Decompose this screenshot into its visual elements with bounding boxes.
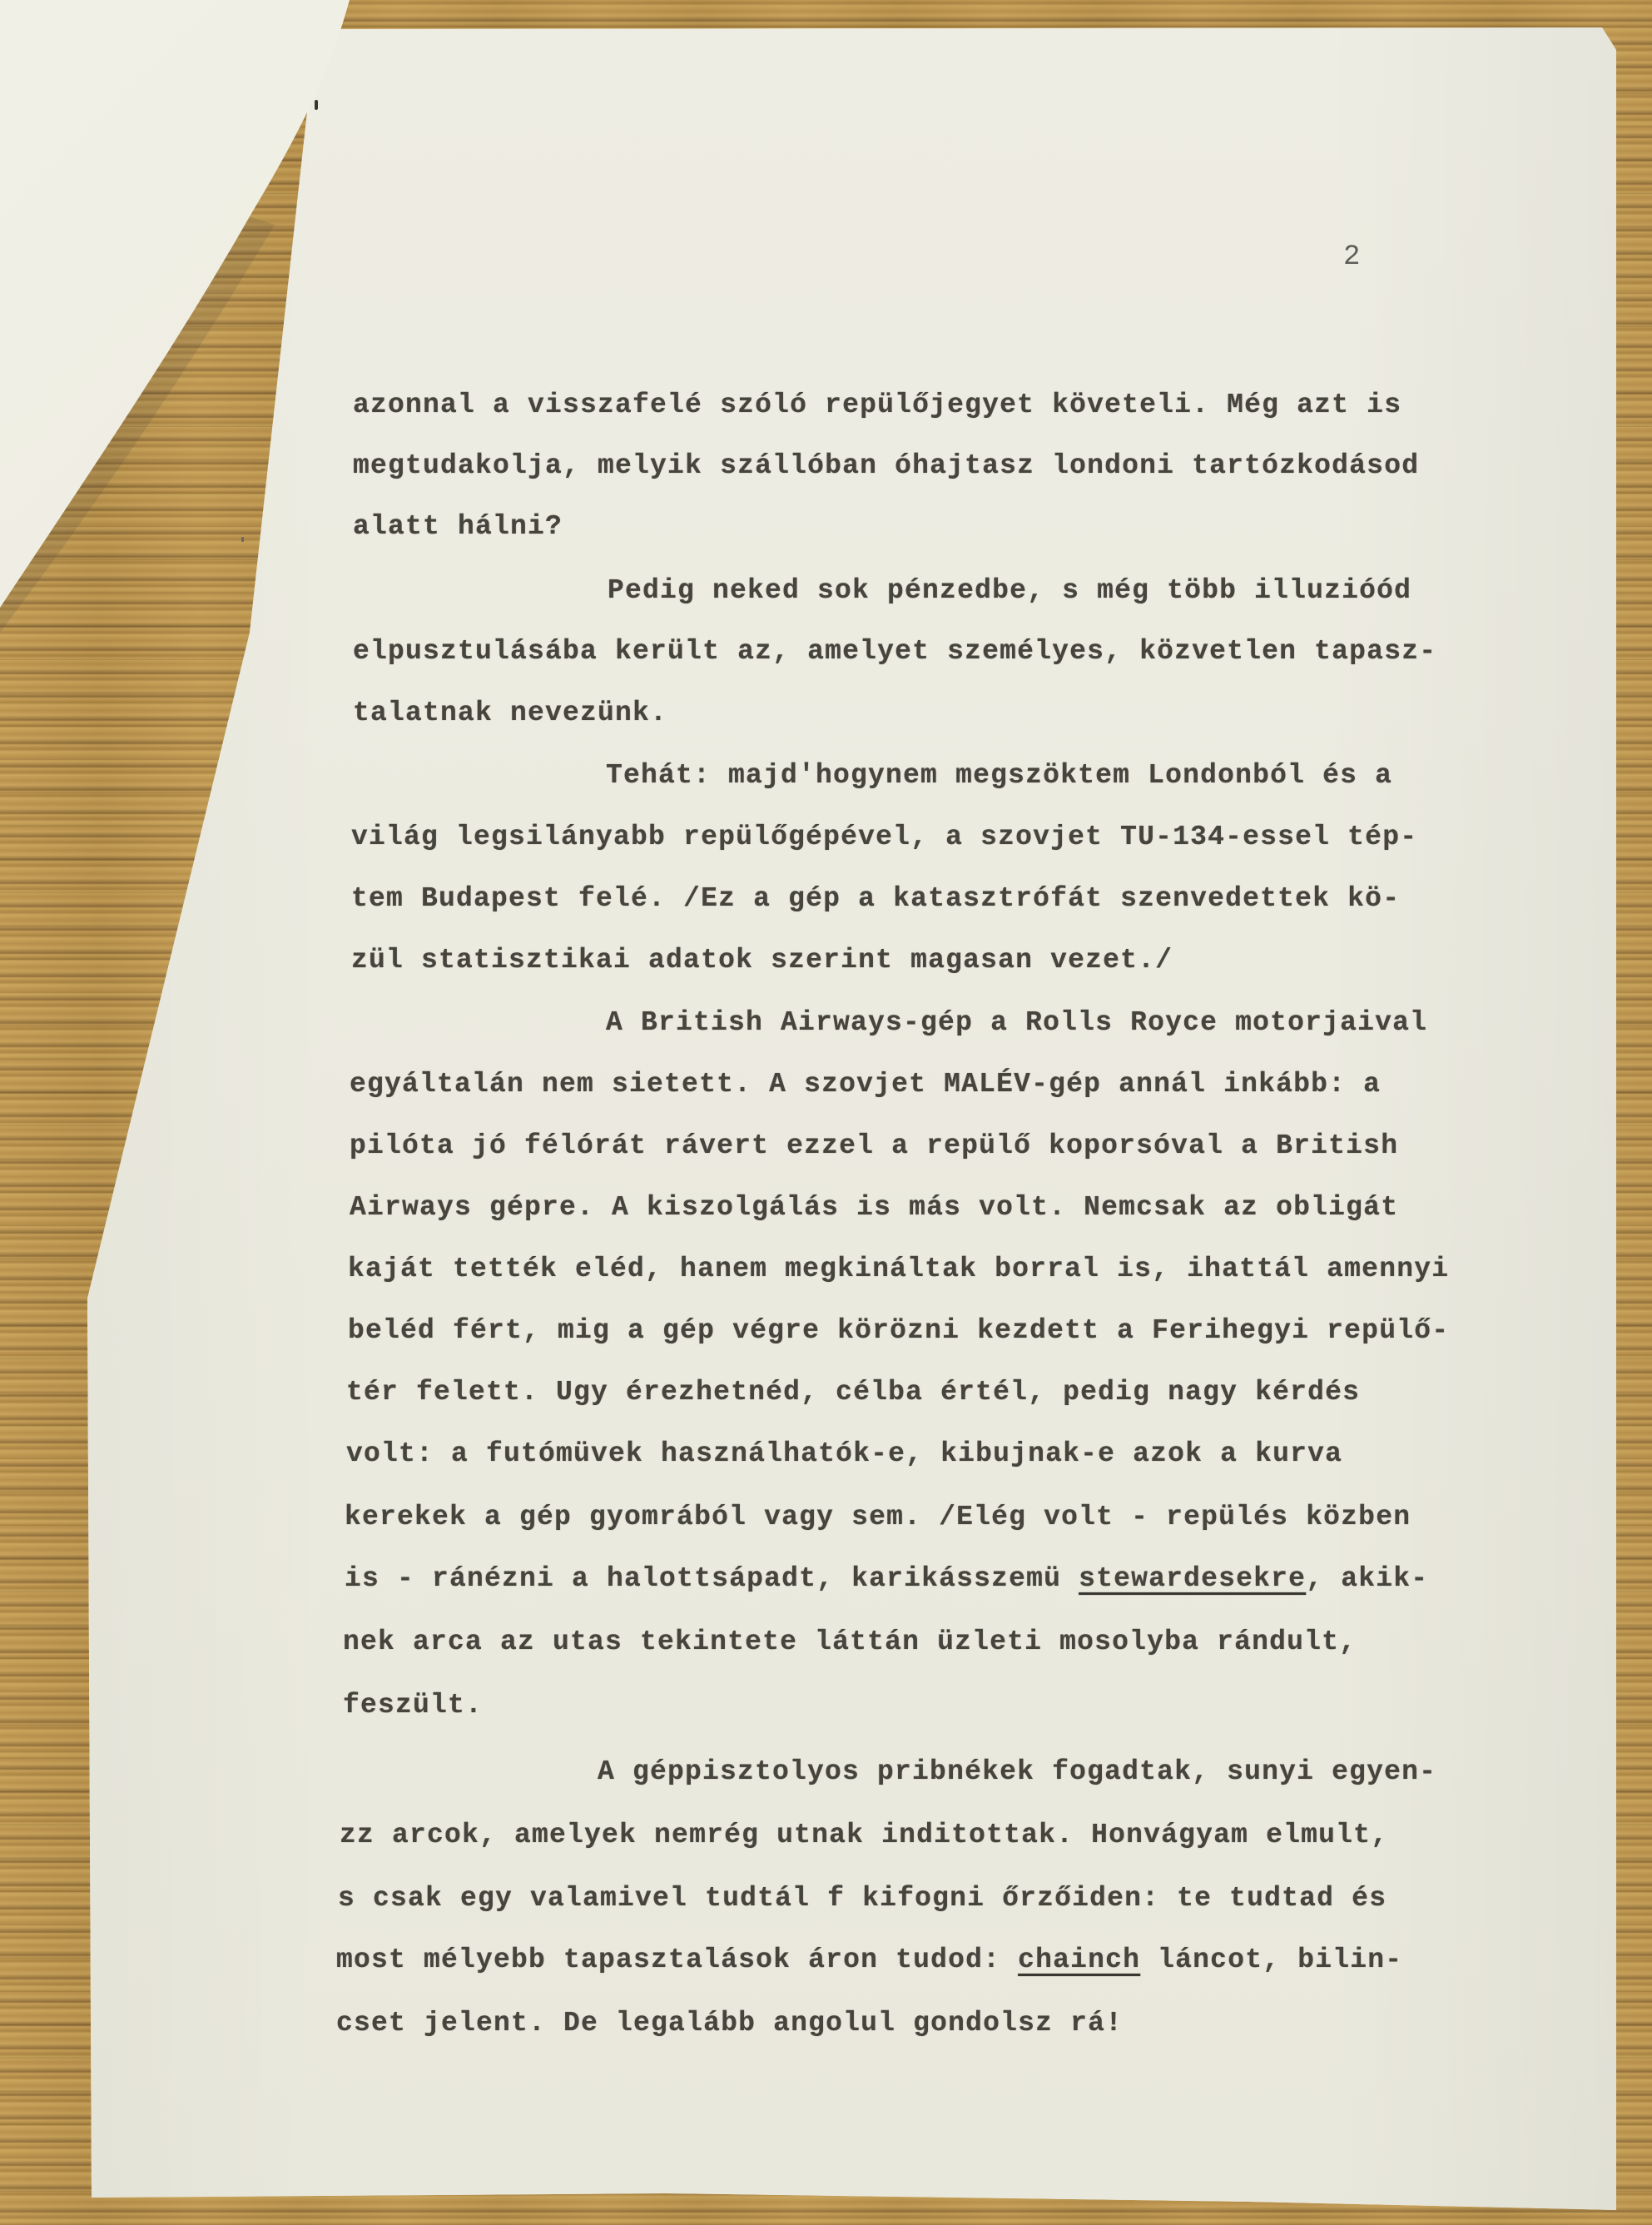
text-line: A British Airways-gép a Rolls Royce moto…: [606, 1007, 1427, 1038]
text-line-content: azonnal a visszafelé szóló repülőjegyet …: [353, 390, 1401, 420]
text-line-content: s csak egy valamivel tudtál f kifogni őr…: [338, 1883, 1387, 1914]
text-line-content: most mélyebb tapasztalások áron tudod:: [336, 1944, 1018, 1975]
text-line-content: megtudakolja, melyik szállóban óhajtasz …: [353, 450, 1419, 481]
text-line: világ legsilányabb repülőgépével, a szov…: [351, 822, 1417, 852]
text-line-content: volt: a futómüvek használhatók-e, kibujn…: [346, 1438, 1342, 1469]
text-line-tail: , akik-: [1306, 1563, 1428, 1594]
text-line: Airways gépre. A kiszolgálás is más volt…: [350, 1192, 1398, 1223]
text-line-content: Pedig neked sok pénzedbe, s még több ill…: [608, 575, 1411, 606]
text-line: Tehát: majd'hogynem megszöktem Londonból…: [606, 760, 1392, 791]
text-line: most mélyebb tapasztalások áron tudod: c…: [336, 1944, 1402, 1975]
text-line-content: kaját tették eléd, hanem megkináltak bor…: [348, 1254, 1449, 1284]
text-line: zz arcok, amelyek nemrég utnak inditotta…: [340, 1820, 1388, 1850]
text-line: kerekek a gép gyomrából vagy sem. /Elég …: [345, 1502, 1411, 1532]
text-line-content: alatt hálni?: [353, 511, 563, 542]
text-line: s csak egy valamivel tudtál f kifogni őr…: [338, 1883, 1387, 1914]
text-line: tem Budapest felé. /Ez a gép a katasztró…: [351, 883, 1400, 914]
text-line-content: A géppisztolyos pribnékek fogadtak, suny…: [598, 1756, 1436, 1787]
text-line: pilóta jó félórát rávert ezzel a repülő …: [350, 1130, 1398, 1161]
text-line-content: elpusztulásába került az, amelyet személ…: [353, 636, 1436, 667]
text-line-content: zz arcok, amelyek nemrég utnak inditotta…: [340, 1820, 1388, 1850]
text-line-content: tem Budapest felé. /Ez a gép a katasztró…: [351, 883, 1400, 914]
text-line-content: A British Airways-gép a Rolls Royce moto…: [606, 1007, 1427, 1038]
text-line-content: cset jelent. De legalább angolul gondols…: [336, 2008, 1123, 2039]
text-line: tér felett. Ugy érezhetnéd, célba értél,…: [346, 1377, 1360, 1408]
text-line-content: Airways gépre. A kiszolgálás is más volt…: [350, 1192, 1398, 1223]
page-number: 2: [1343, 241, 1360, 273]
text-line: cset jelent. De legalább angolul gondols…: [336, 2008, 1123, 2039]
staple-mark: [315, 100, 318, 110]
text-line: talatnak nevezünk.: [353, 698, 667, 728]
text-line-content: talatnak nevezünk.: [353, 698, 667, 728]
text-line: zül statisztikai adatok szerint magasan …: [351, 945, 1173, 976]
text-line-content: nek arca az utas tekintete láttán üzleti…: [343, 1627, 1357, 1657]
text-line: alatt hálni?: [353, 511, 563, 542]
text-line: feszült.: [343, 1690, 483, 1721]
text-line-content: pilóta jó félórát rávert ezzel a repülő …: [350, 1130, 1398, 1161]
text-line-content: kerekek a gép gyomrából vagy sem. /Elég …: [345, 1502, 1411, 1532]
text-line-tail: láncot, bilin-: [1140, 1944, 1402, 1975]
text-line: Pedig neked sok pénzedbe, s még több ill…: [608, 575, 1411, 606]
text-line-content: világ legsilányabb repülőgépével, a szov…: [351, 822, 1417, 852]
text-line: A géppisztolyos pribnékek fogadtak, suny…: [598, 1756, 1436, 1787]
text-line: is - ránézni a halottsápadt, karikásszem…: [345, 1563, 1428, 1594]
underlined-word: stewardesekre: [1079, 1563, 1306, 1594]
text-line-content: beléd fért, mig a gép végre körözni kezd…: [348, 1315, 1449, 1346]
text-line-content: tér felett. Ugy érezhetnéd, célba értél,…: [346, 1377, 1360, 1408]
text-line-content: zül statisztikai adatok szerint magasan …: [351, 945, 1173, 976]
text-line: megtudakolja, melyik szállóban óhajtasz …: [353, 450, 1419, 481]
text-line: volt: a futómüvek használhatók-e, kibujn…: [346, 1438, 1342, 1469]
text-line-content: Tehát: majd'hogynem megszöktem Londonból…: [606, 760, 1392, 791]
text-line: nek arca az utas tekintete láttán üzleti…: [343, 1627, 1357, 1657]
text-line-content: egyáltalán nem sietett. A szovjet MALÉV-…: [350, 1069, 1381, 1100]
text-line-content: is - ránézni a halottsápadt, karikásszem…: [345, 1563, 1079, 1594]
text-line: azonnal a visszafelé szóló repülőjegyet …: [353, 390, 1401, 420]
text-line: egyáltalán nem sietett. A szovjet MALÉV-…: [350, 1069, 1381, 1100]
text-line: elpusztulásába került az, amelyet személ…: [353, 636, 1436, 667]
underlined-word: chainch: [1018, 1944, 1140, 1975]
paper-speck: [241, 537, 244, 542]
text-line: kaját tették eléd, hanem megkináltak bor…: [348, 1254, 1449, 1284]
text-line-content: feszült.: [343, 1690, 483, 1721]
text-line: beléd fért, mig a gép végre körözni kezd…: [348, 1315, 1449, 1346]
